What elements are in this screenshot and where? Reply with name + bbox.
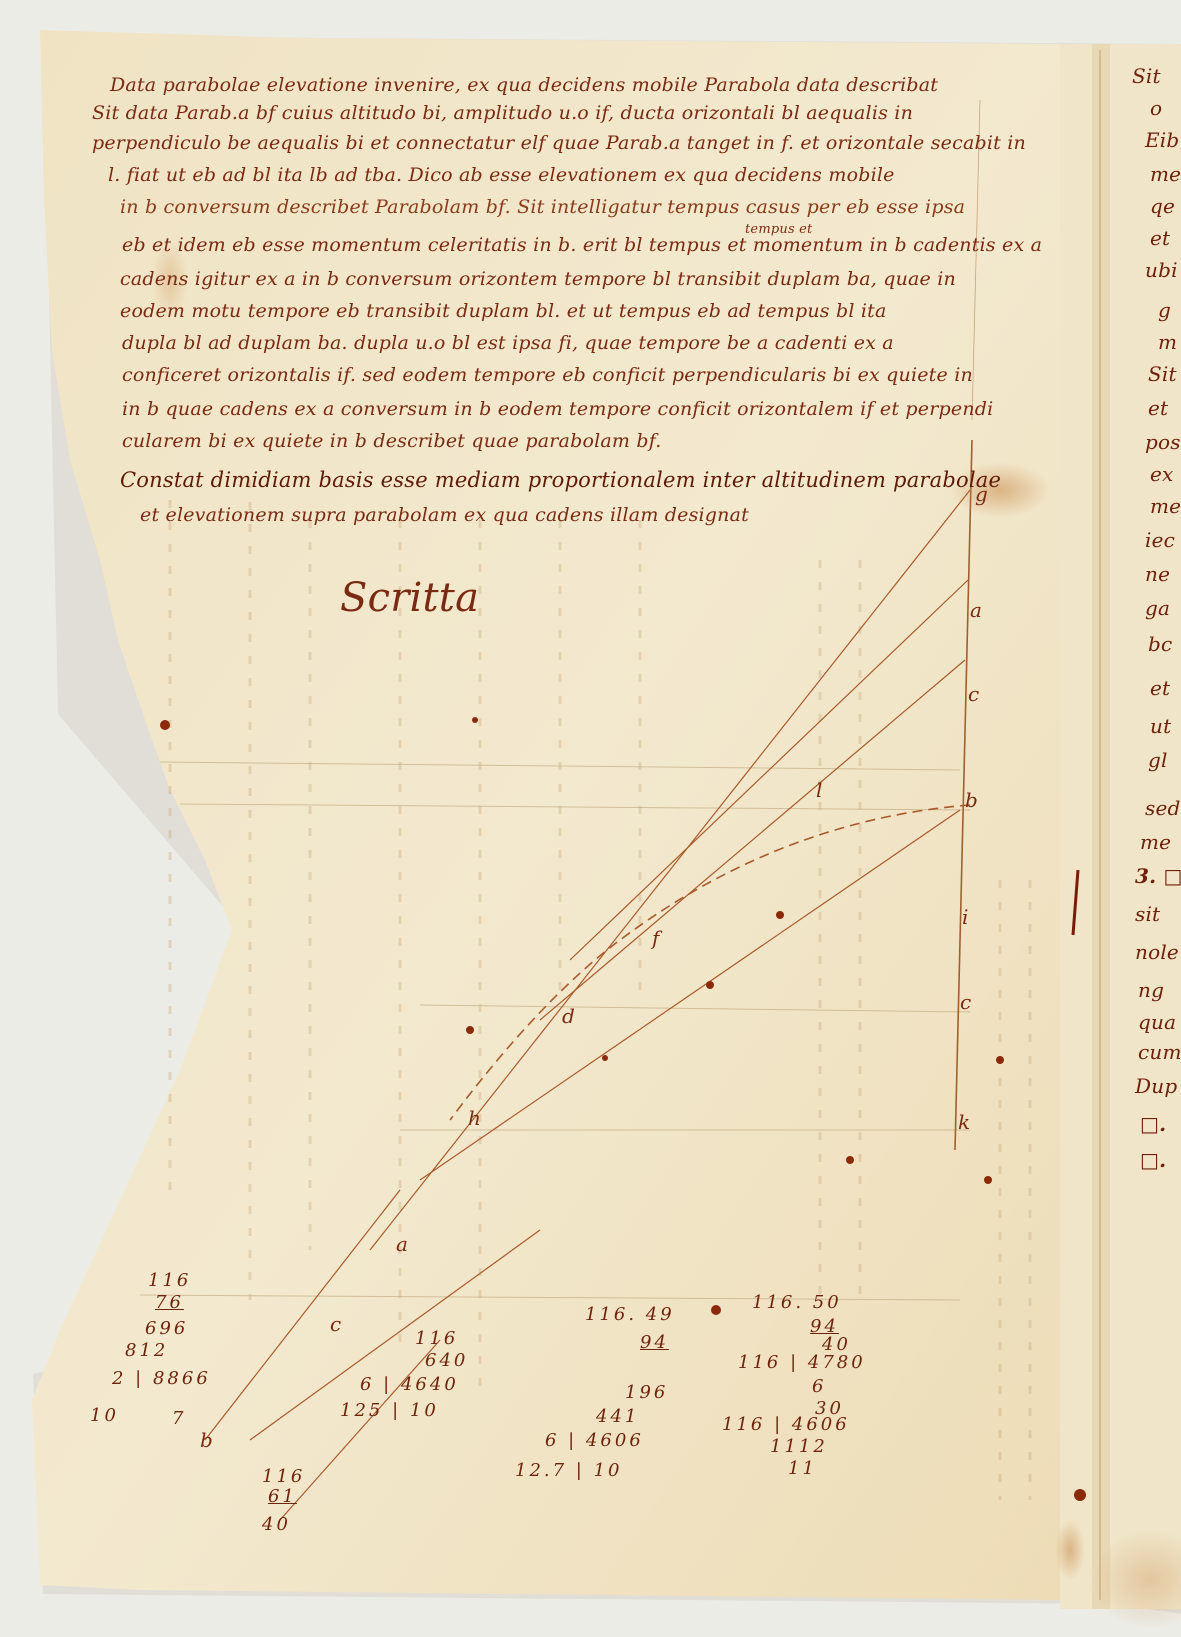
margin-line: g (1158, 298, 1171, 322)
margin-line: cum (1138, 1040, 1181, 1064)
margin-line: pos (1145, 430, 1181, 454)
text-line-5: in b conversum describet Parabolam bf. S… (120, 198, 965, 217)
manuscript-page: Data parabolae elevatione invenire, ex q… (0, 0, 1181, 1637)
calc-2-line: 125 | 10 (340, 1400, 439, 1421)
calc-1-line: 812 (125, 1340, 168, 1361)
margin-line: m (1158, 330, 1177, 354)
text-line-6: eb et idem eb esse momentum celeritatis … (122, 236, 1042, 255)
calc-1-line: 10 (90, 1405, 119, 1426)
margin-line: Eib (1145, 128, 1179, 152)
line-label-a-lower: a (396, 1232, 408, 1256)
text-line-10: conficeret orizontalis if. sed eodem tem… (122, 366, 973, 385)
calc-5-line: 116. 50 (752, 1292, 842, 1313)
calc-2-line: 640 (425, 1350, 468, 1371)
margin-line: □. (1140, 1112, 1166, 1136)
margin-line: Sit (1148, 362, 1177, 386)
calc-3-line: 40 (262, 1514, 291, 1535)
margin-line: qua (1138, 1010, 1176, 1034)
line-label-d: d (562, 1004, 575, 1028)
calc-2-line: 6 | 4640 (360, 1374, 459, 1395)
margin-line: qe (1150, 194, 1175, 218)
margin-line: o (1150, 96, 1162, 120)
axis-label-c-lower: c (960, 990, 971, 1014)
interlinear-insert: tempus et (745, 222, 812, 237)
text-line-3: perpendiculo be aequalis bi et connectat… (92, 134, 1026, 153)
margin-line: Dup (1135, 1074, 1177, 1098)
signature-scritta: Scritta (340, 575, 479, 621)
calc-5-line: 1112 (770, 1436, 828, 1457)
calc-5-line: 116 | 4780 (738, 1352, 866, 1373)
calc-4-line: 94 (640, 1332, 669, 1353)
margin-line: ne (1145, 562, 1170, 586)
conclusion-line-1: Constat dimidiam basis esse mediam propo… (120, 470, 1001, 491)
line-label-f: f (652, 926, 660, 950)
text-line-9: dupla bl ad duplam ba. dupla u.o bl est … (122, 334, 894, 353)
axis-label-b: b (965, 788, 978, 812)
calc-3-line: 116 (262, 1466, 305, 1487)
text-line-7: cadens igitur ex a in b conversum orizon… (120, 270, 956, 289)
calc-5-line: 116 | 4606 (722, 1414, 850, 1435)
margin-line: gl (1148, 748, 1168, 772)
calc-4-line: 12.7 | 10 (515, 1460, 623, 1481)
margin-line: me (1150, 162, 1181, 186)
margin-line: □. (1140, 1148, 1166, 1172)
axis-label-a: a (970, 598, 982, 622)
margin-line: ubi (1145, 258, 1178, 282)
axis-label-k: k (958, 1110, 970, 1134)
line-label-h: h (468, 1106, 481, 1130)
margin-line: me (1140, 830, 1171, 854)
calc-1-line: 7 (172, 1408, 186, 1429)
margin-line: et (1150, 676, 1170, 700)
calc-4-line: 196 (625, 1382, 668, 1403)
margin-line: ut (1150, 714, 1171, 738)
axis-label-g: g (975, 482, 988, 506)
calc-1-line: 696 (145, 1318, 188, 1339)
calc-5-line: 11 (788, 1458, 817, 1479)
calc-4-line: 6 | 4606 (545, 1430, 644, 1451)
text-line-4: l. fiat ut eb ad bl ita lb ad tba. Dico … (108, 166, 895, 185)
text-line-1: Data parabolae elevatione invenire, ex q… (110, 76, 938, 95)
line-label-c-lower: c (330, 1312, 341, 1336)
conclusion-line-2: et elevationem supra parabolam ex qua ca… (140, 506, 749, 525)
margin-line: et (1150, 226, 1170, 250)
line-label-l: l (816, 778, 823, 802)
margin-line: ex (1150, 462, 1174, 486)
margin-line: iec (1145, 528, 1175, 552)
calc-1-line: 2 | 8866 (112, 1368, 211, 1389)
margin-line: nole (1135, 940, 1179, 964)
calc-1-line: 116 (148, 1270, 191, 1291)
margin-line: Sit (1132, 64, 1161, 88)
axis-label-i: i (962, 905, 969, 929)
axis-label-c-upper: c (968, 682, 979, 706)
margin-line: 3. □ (1135, 864, 1181, 888)
calc-5-line: 6 (812, 1376, 826, 1397)
text-line-12: cularem bi ex quiete in b describet quae… (122, 432, 662, 451)
margin-line: me (1150, 494, 1181, 518)
margin-line: bc (1148, 632, 1172, 656)
text-line-2: Sit data Parab.a bf cuius altitudo bi, a… (92, 104, 913, 123)
line-label-b-lower: b (200, 1428, 213, 1452)
calc-2-line: 116 (415, 1328, 458, 1349)
calc-1-line: 76 (155, 1292, 184, 1313)
calc-3-line: 61 (268, 1486, 297, 1507)
margin-line: ga (1145, 596, 1170, 620)
margin-line: et (1148, 396, 1168, 420)
margin-line: ng (1138, 978, 1164, 1002)
text-line-11: in b quae cadens ex a conversum in b eod… (122, 400, 993, 419)
margin-line: sit (1135, 902, 1160, 926)
calc-4-line: 116. 49 (585, 1304, 675, 1325)
calc-4-line: 441 (596, 1406, 639, 1427)
margin-line: sed (1145, 796, 1181, 820)
text-line-8: eodem motu tempore eb transibit duplam b… (120, 302, 886, 321)
